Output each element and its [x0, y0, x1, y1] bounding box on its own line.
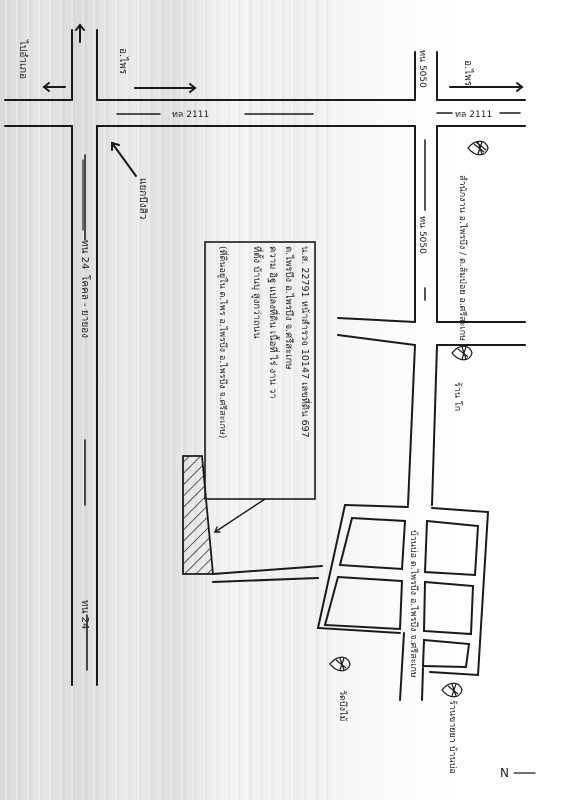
- road-label-2111-right: ทล 2111: [455, 107, 492, 121]
- scanned-map-page: ไปอำเภอ อ.ไพร อ.ไพร ทน 5050 ทล 2111 ทล 2…: [0, 0, 568, 800]
- highway-label-24-lower: ทน 24: [77, 600, 92, 629]
- direction-label-top-left: ไปอำเภอ: [15, 40, 30, 79]
- land-parcel: [183, 456, 213, 574]
- landmark-label-temple: วัดบึงไม้: [336, 690, 350, 721]
- village-road-label: บ้านบ่อ ต.ไพรบึง อ.ไพรบึง จ.ศรีสะเกษ: [407, 530, 421, 678]
- parcel-line-4: ที่ตั้ง บ้านบุ สูงกว่าถนน: [249, 246, 264, 339]
- landmark-label-district-office: สำนักงาน อ.ไพรบึง / ต.ส้มป่อย อ.ศรีสะเกษ: [456, 175, 470, 341]
- highway-label-name: โคคล - ยายอง: [77, 275, 92, 338]
- road-label-2111-left: ทล 2111: [172, 107, 209, 121]
- north-label: N: [500, 766, 509, 780]
- landmark-label-shop: ร้าน โก: [451, 382, 465, 411]
- direction-label-top-middle: อ.ไพร: [115, 48, 130, 74]
- direction-label-left-arrow: แยกบึงสิว: [135, 178, 150, 219]
- parcel-line-5: (ที่ดินอยู่ใน ต.ไพร อ.ไพรบึง อ.ไพรบึง จ.…: [216, 246, 230, 438]
- highway-label-24: ทน 24: [77, 240, 92, 269]
- direction-label-top-right: อ.ไพร: [460, 60, 475, 86]
- road-label-5050-top: ทน 5050: [416, 50, 430, 88]
- parcel-line-1: น.ส. 22791 หน้าสำรวจ 10147 เลขที่ดิน 697: [297, 246, 312, 438]
- road-label-5050: ทน 5050: [416, 216, 430, 254]
- parcel-line-2: ต.ไพรบึง อ.ไพรบึง จ.ศรีสะเกษ: [281, 246, 296, 369]
- landmark-label-pharmacy: ร้านขายยา บ้านบ่อ: [446, 700, 460, 774]
- parcel-line-3: ความ อิฐ แปลงที่ดิน เนื้อที่ ไร่ งาน วา: [265, 246, 280, 399]
